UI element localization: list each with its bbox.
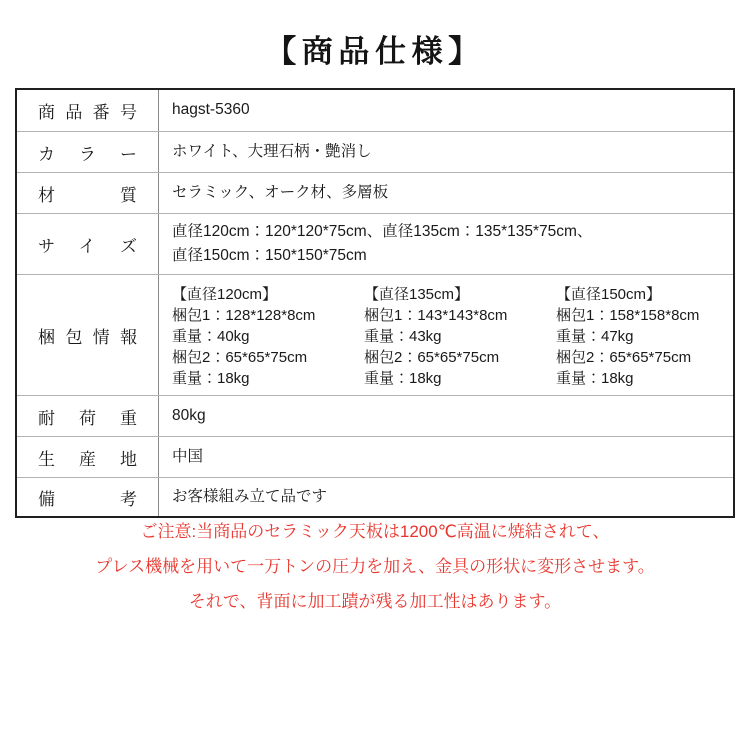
row-value: セラミック、オーク材、多層板 [159, 173, 733, 213]
row-label: 商品番号 [38, 98, 137, 123]
label-cell: サイズ [17, 214, 159, 274]
page-title: 【商品仕様】 [0, 26, 750, 71]
row-label: カラー [38, 140, 137, 165]
spec-table: 商品番号 hagst-5360 カラー ホワイト、大理石柄・艶消し 材質 セラミ… [15, 88, 735, 518]
packing-col-120cm: 【直径120cm】 梱包1：128*128*8cm 重量：40kg 梱包2：65… [172, 284, 358, 389]
spec-row-size: サイズ 直径120cm：120*120*75cm、直径135cm：135*135… [17, 213, 733, 274]
label-cell: 生産地 [17, 437, 159, 477]
packing-columns: 【直径120cm】 梱包1：128*128*8cm 重量：40kg 梱包2：65… [159, 275, 750, 395]
spec-row-remarks: 備考 お客様組み立て品です [17, 477, 733, 516]
row-label: 梱包情報 [38, 323, 137, 348]
label-cell: 商品番号 [17, 90, 159, 131]
caution-line: プレス機械を用いて一万トンの圧力を加え、金具の形状に変形させます。 [0, 549, 750, 584]
spec-row-item-number: 商品番号 hagst-5360 [17, 90, 733, 131]
row-value: 80kg [159, 396, 733, 436]
packing-col-150cm: 【直径150cm】 梱包1：158*158*8cm 重量：47kg 梱包2：65… [556, 284, 742, 389]
packing-body: 梱包1：158*158*8cm 重量：47kg 梱包2：65*65*75cm 重… [556, 305, 742, 389]
spec-row-load-capacity: 耐荷重 80kg [17, 395, 733, 436]
label-cell: カラー [17, 132, 159, 172]
caution-notice: ご注意:当商品のセラミック天板は1200℃高温に焼結されて、 プレス機械を用いて… [0, 514, 750, 619]
row-value: 直径120cm：120*120*75cm、直径135cm：135*135*75c… [159, 214, 733, 274]
label-cell: 備考 [17, 478, 159, 516]
row-label: 材質 [38, 181, 137, 206]
row-value: ホワイト、大理石柄・艶消し [159, 132, 733, 172]
spec-row-origin: 生産地 中国 [17, 436, 733, 477]
row-value: お客様組み立て品です [159, 478, 733, 516]
packing-body: 梱包1：143*143*8cm 重量：43kg 梱包2：65*65*75cm 重… [364, 305, 550, 389]
label-cell: 梱包情報 [17, 275, 159, 395]
packing-header: 【直径120cm】 [172, 284, 358, 305]
packing-col-135cm: 【直径135cm】 梱包1：143*143*8cm 重量：43kg 梱包2：65… [364, 284, 550, 389]
label-cell: 耐荷重 [17, 396, 159, 436]
spec-row-packing: 梱包情報 【直径120cm】 梱包1：128*128*8cm 重量：40kg 梱… [17, 274, 733, 395]
caution-line: それで、背面に加工蹟が残る加工性はあります。 [0, 584, 750, 619]
row-label: 耐荷重 [38, 404, 137, 429]
spec-row-color: カラー ホワイト、大理石柄・艶消し [17, 131, 733, 172]
row-label: 生産地 [38, 445, 137, 470]
row-value: 中国 [159, 437, 733, 477]
packing-header: 【直径135cm】 [364, 284, 550, 305]
product-spec-page: 【商品仕様】 商品番号 hagst-5360 カラー ホワイト、大理石柄・艶消し… [0, 0, 750, 750]
caution-line: ご注意:当商品のセラミック天板は1200℃高温に焼結されて、 [0, 514, 750, 549]
row-label: 備考 [38, 485, 137, 510]
spec-row-material: 材質 セラミック、オーク材、多層板 [17, 172, 733, 213]
row-label: サイズ [38, 232, 137, 257]
packing-header: 【直径150cm】 [556, 284, 742, 305]
packing-body: 梱包1：128*128*8cm 重量：40kg 梱包2：65*65*75cm 重… [172, 305, 358, 389]
row-value: hagst-5360 [159, 90, 733, 131]
label-cell: 材質 [17, 173, 159, 213]
